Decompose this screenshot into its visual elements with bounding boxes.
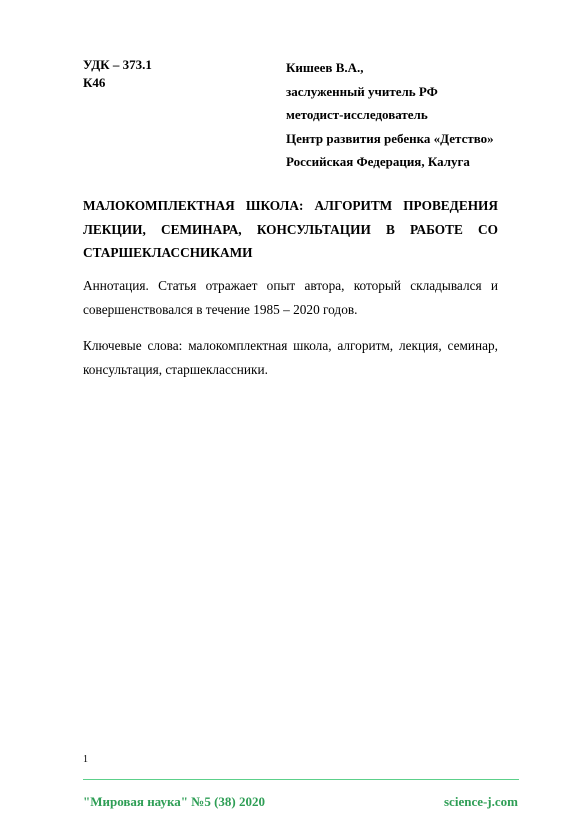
library-code: К46 <box>83 74 152 92</box>
author-organization: Центр развития ребенка «Детство» <box>286 127 494 151</box>
footer-website[interactable]: science-j.com <box>444 794 518 810</box>
footer-divider <box>83 779 519 780</box>
document-page: УДК – 373.1 К46 Кишеев В.А., заслуженный… <box>0 0 580 820</box>
keywords-paragraph: Ключевые слова: малокомплектная школа, а… <box>83 334 498 381</box>
udc-code: УДК – 373.1 <box>83 56 152 74</box>
author-location: Российская Федерация, Калуга <box>286 150 494 174</box>
author-position: методист-исследователь <box>286 103 494 127</box>
article-title: МАЛОКОМПЛЕКТНАЯ ШКОЛА: АЛГОРИТМ ПРОВЕДЕН… <box>83 194 498 265</box>
author-name: Кишеев В.А., <box>286 56 494 80</box>
page-number: 1 <box>83 754 88 766</box>
author-title: заслуженный учитель РФ <box>286 80 494 104</box>
footer-journal: "Мировая наука" №5 (38) 2020 <box>83 794 265 810</box>
author-block: Кишеев В.А., заслуженный учитель РФ мето… <box>286 56 494 174</box>
udc-block: УДК – 373.1 К46 <box>83 56 152 92</box>
annotation-paragraph: Аннотация. Статья отражает опыт автора, … <box>83 274 498 321</box>
